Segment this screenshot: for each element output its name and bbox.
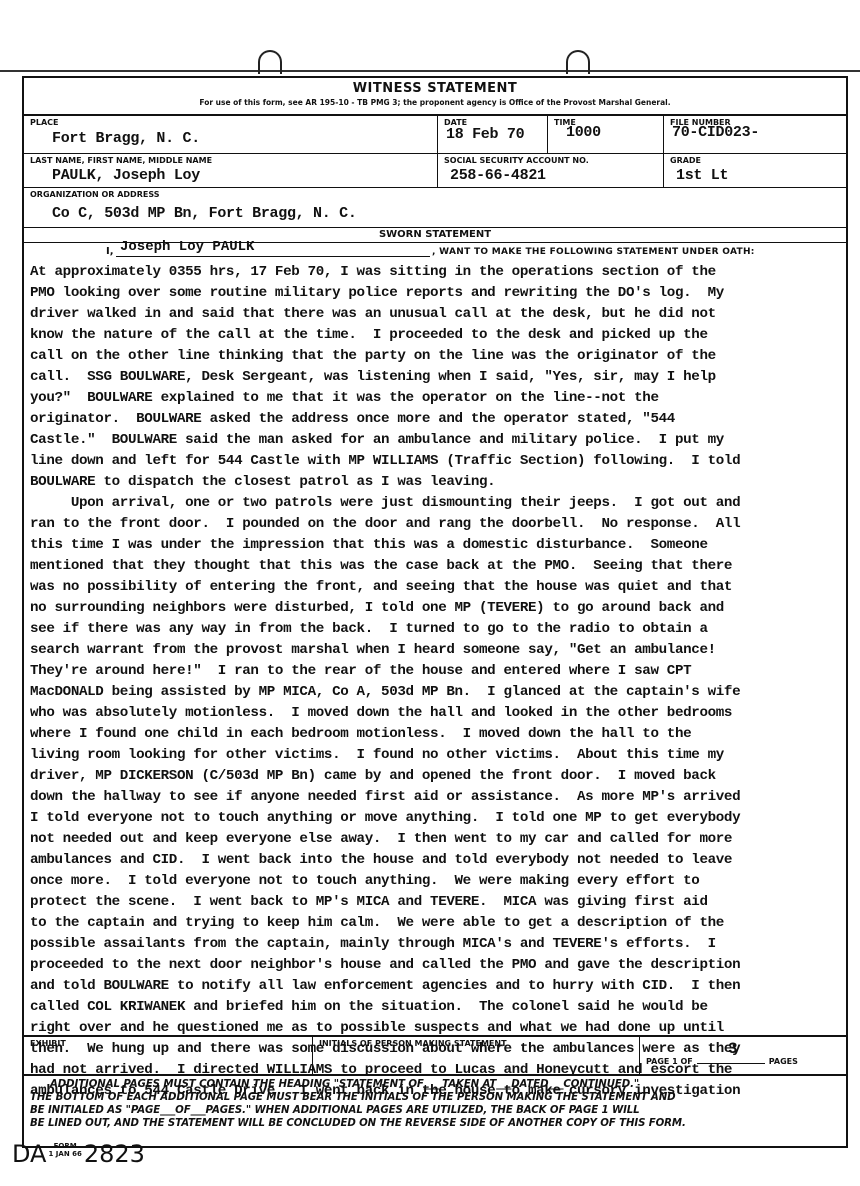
statement-line: proceeded to the next door neighbor's ho… (30, 955, 846, 976)
instruction-line: BE INITIALED AS "PAGE___OF___PAGES." WHE… (30, 1104, 852, 1117)
statement-line: driver walked in and said that there was… (30, 304, 846, 325)
oath-name[interactable]: Joseph Loy PAULK (116, 241, 430, 257)
oath-prefix: I, (106, 246, 114, 257)
page-label: PAGE 1 OF (646, 1057, 693, 1066)
file-number-field[interactable]: FILE NUMBER 70-CID023- (664, 116, 846, 154)
oath-suffix: , WANT TO MAKE THE FOLLOWING STATEMENT U… (432, 247, 755, 257)
organization-label: ORGANIZATION OR ADDRESS (30, 190, 159, 199)
organization-field[interactable]: ORGANIZATION OR ADDRESS Co C, 503d MP Bn… (24, 188, 846, 228)
statement-line: ran to the front door. I pounded on the … (30, 514, 846, 535)
statement-line: was no possibility of entering the front… (30, 577, 846, 598)
grade-value: 1st Lt (676, 167, 728, 184)
form-edition: FORM1 JAN 66 (48, 1142, 81, 1158)
statement-line: call. SSG BOULWARE, Desk Sergeant, was l… (30, 367, 846, 388)
statement-line: and told BOULWARE to notify all law enfo… (30, 976, 846, 997)
pages-label: PAGES (769, 1057, 798, 1066)
form-footer-row: EXHIBIT INITIALS OF PERSON MAKING STATEM… (24, 1035, 846, 1076)
statement-line: BOULWARE to dispatch the closest patrol … (30, 472, 846, 493)
name-field[interactable]: LAST NAME, FIRST NAME, MIDDLE NAME PAULK… (24, 154, 438, 188)
statement-line: ambulances and CID. I went back into the… (30, 850, 846, 871)
oath-line: I, Joseph Loy PAULK , WANT TO MAKE THE F… (24, 243, 846, 260)
form-instructions: ADDITIONAL PAGES MUST CONTAIN THE HEADIN… (24, 1078, 852, 1130)
statement-line: originator. BOULWARE asked the address o… (30, 409, 846, 430)
statement-line: mentioned that they thought that this wa… (30, 556, 846, 577)
initials-label: INITIALS OF PERSON MAKING STATEMENT (319, 1039, 507, 1048)
statement-line: protect the scene. I went back to MP's M… (30, 892, 846, 913)
statement-line: At approximately 0355 hrs, 17 Feb 70, I … (30, 262, 846, 283)
statement-line: driver, MP DICKERSON (C/503d MP Bn) came… (30, 766, 846, 787)
statement-line: called COL KRIWANEK and briefed him on t… (30, 997, 846, 1018)
instruction-line: ADDITIONAL PAGES MUST CONTAIN THE HEADIN… (30, 1078, 852, 1091)
statement-line: search warrant from the provost marshal … (30, 640, 846, 661)
name-value: PAULK, Joseph Loy (52, 167, 200, 184)
file-number-value: 70-CID023- (672, 124, 759, 141)
page-indicator: PAGE 1 OFPAGES (646, 1057, 798, 1066)
form-header: WITNESS STATEMENT For use of this form, … (24, 78, 846, 116)
exhibit-field[interactable]: EXHIBIT (24, 1037, 313, 1074)
form-word: FORM (54, 1142, 77, 1150)
statement-line: call on the other line thinking that the… (30, 346, 846, 367)
name-label: LAST NAME, FIRST NAME, MIDDLE NAME (30, 156, 212, 165)
grade-label: GRADE (670, 156, 701, 165)
page-total-value: 3 (728, 1040, 738, 1058)
page-count-field: 3 PAGE 1 OFPAGES (640, 1037, 846, 1074)
form-prefix: DA (12, 1140, 46, 1168)
initials-field[interactable]: INITIALS OF PERSON MAKING STATEMENT (313, 1037, 640, 1074)
statement-line: MacDONALD being assisted by MP MICA, Co … (30, 682, 846, 703)
form-title: WITNESS STATEMENT (24, 81, 846, 96)
statement-line: who was absolutely motionless. I moved d… (30, 703, 846, 724)
punch-hole-left (258, 50, 282, 74)
statement-line: line down and left for 544 Castle with M… (30, 451, 846, 472)
form-identifier: DAFORM1 JAN 662823 (12, 1140, 145, 1168)
statement-line: where I found one child in each bedroom … (30, 724, 846, 745)
statement-line: down the hallway to see if anyone needed… (30, 787, 846, 808)
ssn-label: SOCIAL SECURITY ACCOUNT NO. (444, 156, 589, 165)
statement-line: Castle." BOULWARE said the man asked for… (30, 430, 846, 451)
instruction-line: THE BOTTOM OF EACH ADDITIONAL PAGE MUST … (30, 1091, 852, 1104)
statement-body[interactable]: At approximately 0355 hrs, 17 Feb 70, I … (30, 262, 846, 1102)
statement-line: living room looking for other victims. I… (30, 745, 846, 766)
statement-line: They're around here!" I ran to the rear … (30, 661, 846, 682)
statement-line: Upon arrival, one or two patrols were ju… (30, 493, 846, 514)
time-field[interactable]: TIME 1000 (548, 116, 664, 154)
page-top-line (0, 70, 860, 72)
statement-line: see if there was any way in from the bac… (30, 619, 846, 640)
statement-line: no surrounding neighbors were disturbed,… (30, 598, 846, 619)
statement-line: know the nature of the call at the time.… (30, 325, 846, 346)
statement-line: this time I was under the impression tha… (30, 535, 846, 556)
statement-line: PMO looking over some routine military p… (30, 283, 846, 304)
statement-line: once more. I told everyone not to touch … (30, 871, 846, 892)
statement-line: not needed out and keep everyone else aw… (30, 829, 846, 850)
place-label: PLACE (30, 118, 59, 127)
ssn-value: 258-66-4821 (450, 167, 546, 184)
statement-line: to the captain and trying to keep him ca… (30, 913, 846, 934)
ssn-field[interactable]: SOCIAL SECURITY ACCOUNT NO. 258-66-4821 (438, 154, 664, 188)
place-value: Fort Bragg, N. C. (52, 130, 200, 147)
punch-hole-right (566, 50, 590, 74)
organization-value: Co C, 503d MP Bn, Fort Bragg, N. C. (52, 205, 357, 222)
page-total-line (697, 1063, 765, 1064)
form-subtitle: For use of this form, see AR 195-10 - TB… (24, 98, 846, 107)
form-number: 2823 (84, 1140, 145, 1168)
form-date: 1 JAN 66 (48, 1150, 81, 1158)
instruction-line: BE LINED OUT, AND THE STATEMENT WILL BE … (30, 1117, 852, 1130)
statement-line: possible assailants from the captain, ma… (30, 934, 846, 955)
grade-field[interactable]: GRADE 1st Lt (664, 154, 846, 188)
date-value: 18 Feb 70 (446, 126, 524, 143)
witness-statement-form: WITNESS STATEMENT For use of this form, … (22, 76, 848, 1148)
statement-line: I told everyone not to touch anything or… (30, 808, 846, 829)
statement-line: you?" BOULWARE explained to me that it w… (30, 388, 846, 409)
time-value: 1000 (566, 124, 601, 141)
exhibit-label: EXHIBIT (30, 1039, 66, 1048)
place-field[interactable]: PLACE Fort Bragg, N. C. (24, 116, 438, 154)
date-field[interactable]: DATE 18 Feb 70 (438, 116, 548, 154)
